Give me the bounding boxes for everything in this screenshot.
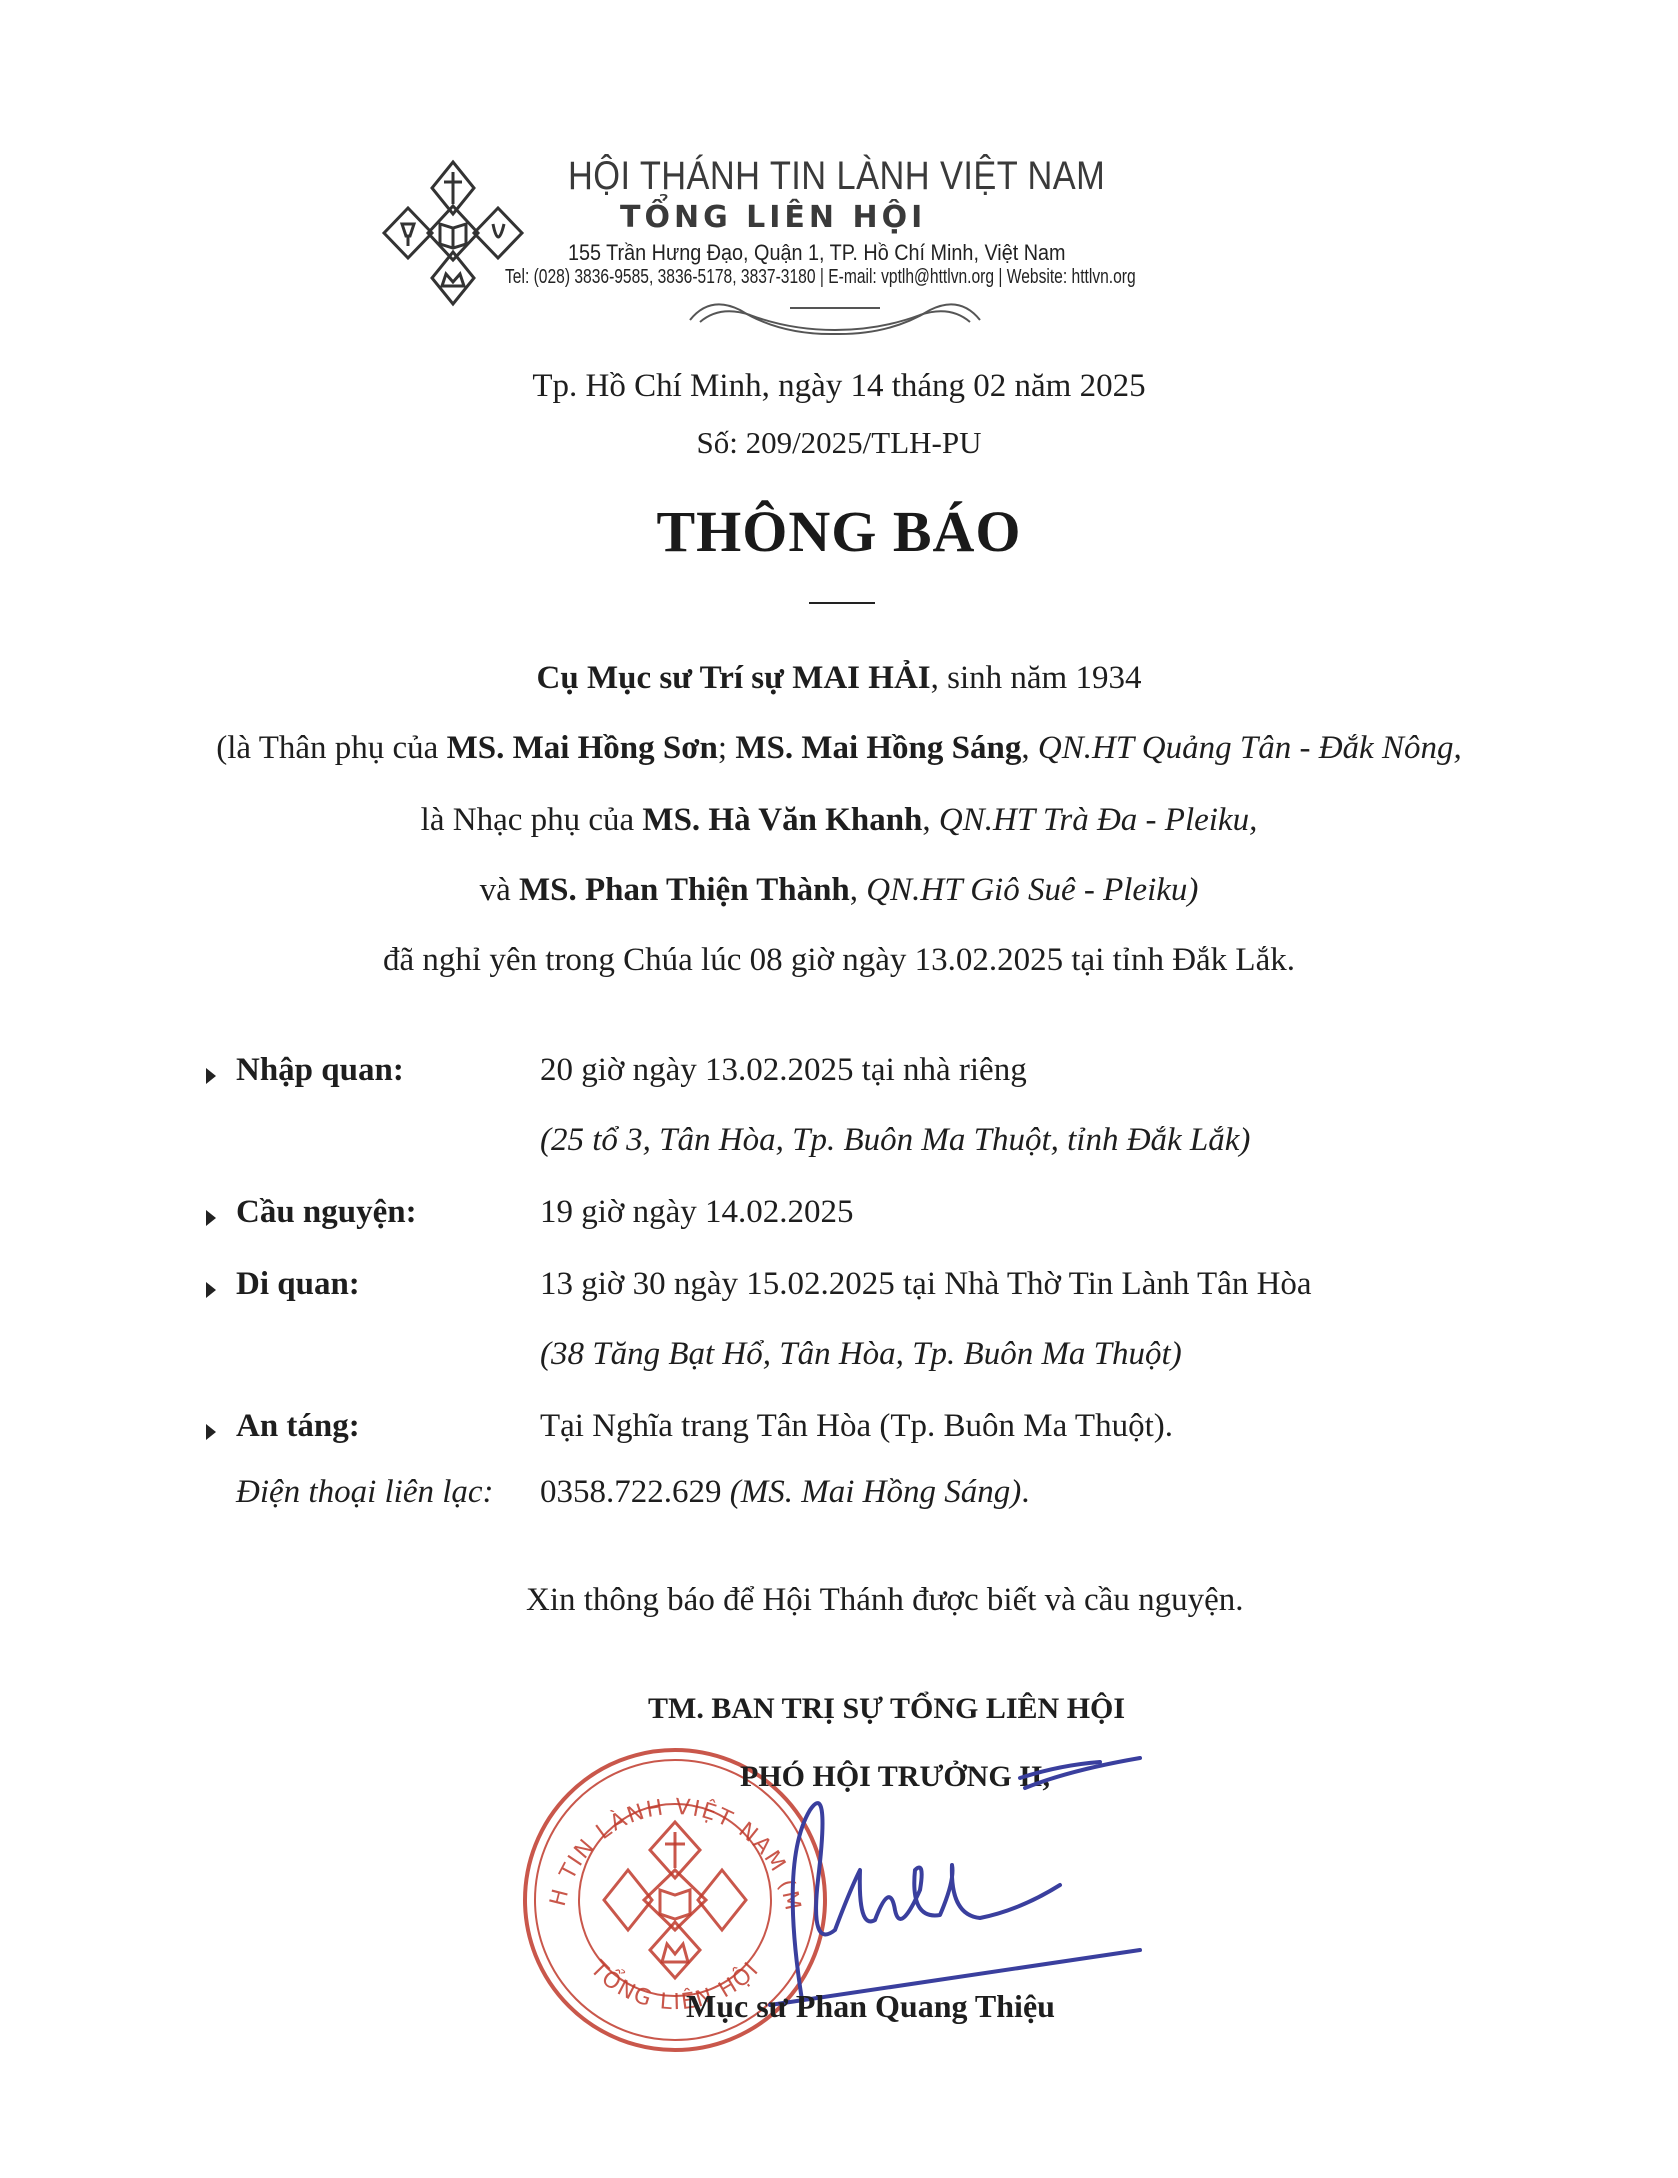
bullet-triangle-icon <box>206 1068 216 1084</box>
title-divider <box>809 602 875 604</box>
relative-position: QN.HT Trà Đa - Pleiku, <box>939 802 1257 838</box>
schedule-value: Tại Nghĩa trang Tân Hòa (Tp. Buôn Ma Thu… <box>540 1408 1173 1445</box>
handwritten-signature-icon <box>740 1740 1190 2030</box>
schedule-value: 20 giờ ngày 13.02.2025 tại nhà riêng <box>540 1052 1027 1089</box>
signatory-organization: TM. BAN TRỊ SỰ TỔNG LIÊN HỘI <box>648 1692 1125 1726</box>
schedule-detail: (38 Tăng Bạt Hổ, Tân Hòa, Tp. Buôn Ma Th… <box>540 1336 1182 1373</box>
schedule-value: 13 giờ 30 ngày 15.02.2025 tại Nhà Thờ Ti… <box>540 1266 1312 1303</box>
deceased-name: Cụ Mục sư Trí sự MAI HẢI <box>537 660 931 696</box>
contact-phone-label: Điện thoại liên lạc: <box>236 1474 494 1511</box>
reference-number: Số: 209/2025/TLH-PU <box>0 425 1678 461</box>
text: và <box>480 872 519 908</box>
schedule-label: Nhập quan: <box>236 1052 404 1089</box>
text: ; <box>718 730 735 766</box>
bullet-triangle-icon <box>206 1424 216 1440</box>
text: , <box>1021 730 1038 766</box>
contact-person: (MS. Mai Hồng Sáng) <box>722 1474 1022 1510</box>
schedule-label: Cầu nguyện: <box>236 1194 417 1231</box>
deceased-line: Cụ Mục sư Trí sự MAI HẢI, sinh năm 1934 <box>0 660 1678 697</box>
sub-organization-name: TỔNG LIÊN HỘI <box>620 200 926 235</box>
organization-name: HỘI THÁNH TIN LÀNH VIỆT NAM <box>568 154 1105 199</box>
relations-line-3: và MS. Phan Thiện Thành, QN.HT Giô Suê -… <box>0 872 1678 909</box>
ornament-flourish-icon <box>680 290 990 340</box>
organization-contact: Tel: (028) 3836-9585, 3836-5178, 3837-31… <box>505 266 1136 289</box>
contact-phone: 0358.722.629 (MS. Mai Hồng Sáng). <box>540 1474 1029 1511</box>
relative-name: MS. Mai Hồng Sơn <box>447 730 718 766</box>
organization-address: 155 Trần Hưng Đạo, Quận 1, TP. Hồ Chí Mi… <box>568 240 1066 266</box>
closing-line: Xin thông báo để Hội Thánh được biết và … <box>526 1582 1243 1619</box>
signatory-name: Mục sư Phan Quang Thiệu <box>686 1988 1055 2025</box>
text: , <box>850 872 867 908</box>
schedule-label: An táng: <box>236 1408 360 1445</box>
document-title: THÔNG BÁO <box>0 498 1678 565</box>
dateline: Tp. Hồ Chí Minh, ngày 14 tháng 02 năm 20… <box>0 368 1678 405</box>
text: . <box>1021 1474 1029 1510</box>
birth-year: , sinh năm 1934 <box>931 660 1142 696</box>
bullet-triangle-icon <box>206 1282 216 1298</box>
relative-name: MS. Hà Văn Khanh <box>642 802 922 838</box>
phone-number: 0358.722.629 <box>540 1474 722 1510</box>
schedule-value: 19 giờ ngày 14.02.2025 <box>540 1194 854 1231</box>
schedule-label: Di quan: <box>236 1266 360 1303</box>
relative-position: QN.HT Quảng Tân - Đắk Nông, <box>1038 730 1462 766</box>
relative-name: MS. Mai Hồng Sáng <box>735 730 1021 766</box>
text: là Nhạc phụ của <box>421 802 643 838</box>
passing-line: đã nghỉ yên trong Chúa lúc 08 giờ ngày 1… <box>0 942 1678 979</box>
relations-line-1: (là Thân phụ của MS. Mai Hồng Sơn; MS. M… <box>0 730 1678 767</box>
relations-line-2: là Nhạc phụ của MS. Hà Văn Khanh, QN.HT … <box>0 802 1678 839</box>
text: (là Thân phụ của <box>216 730 446 766</box>
text: , <box>922 802 939 838</box>
schedule-detail: (25 tổ 3, Tân Hòa, Tp. Buôn Ma Thuột, tỉ… <box>540 1122 1250 1159</box>
relative-name: MS. Phan Thiện Thành <box>519 872 850 908</box>
bullet-triangle-icon <box>206 1210 216 1226</box>
relative-position: QN.HT Giô Suê - Pleiku) <box>866 872 1198 908</box>
